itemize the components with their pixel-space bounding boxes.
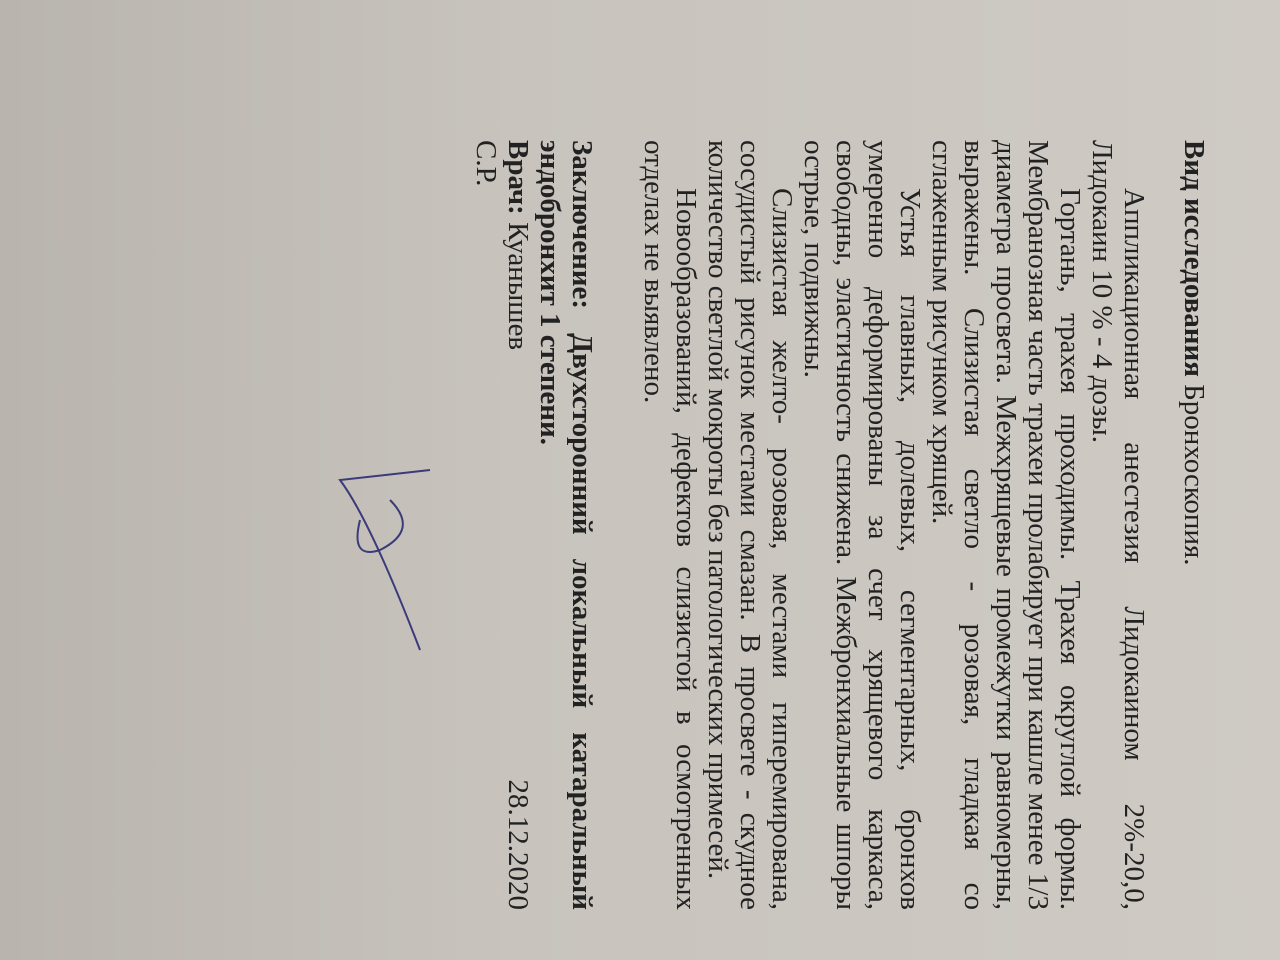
paragraph-anesthesia: Аппликационная анестезия Лидокаином 2%-2… — [1086, 140, 1150, 910]
paragraph-mucosa: Слизистая желто- розовая, местами гипере… — [702, 140, 798, 910]
date: 28.12.2020 — [502, 780, 534, 911]
paragraph-larynx: Гортань, трахея проходимы. Трахея округл… — [926, 140, 1086, 910]
paragraph-bronchi: Устья главных, долевых, сегментарных, бр… — [798, 140, 926, 910]
exam-type: Вид исследования Бронхоскопия. — [1178, 140, 1210, 910]
paragraph-neoplasms: Новообразований, дефектов слизистой в ос… — [638, 140, 702, 910]
signature-icon — [330, 460, 450, 660]
initials: С.Р. — [470, 140, 502, 910]
conclusion: Заключение: Двухсторонний локальный ката… — [534, 140, 598, 910]
doctor-line: Врач: Куанышев28.12.2020 — [502, 140, 534, 910]
document-page: Вид исследования Бронхоскопия. Аппликаци… — [0, 0, 1280, 960]
doctor-name: Куанышев — [502, 222, 534, 350]
